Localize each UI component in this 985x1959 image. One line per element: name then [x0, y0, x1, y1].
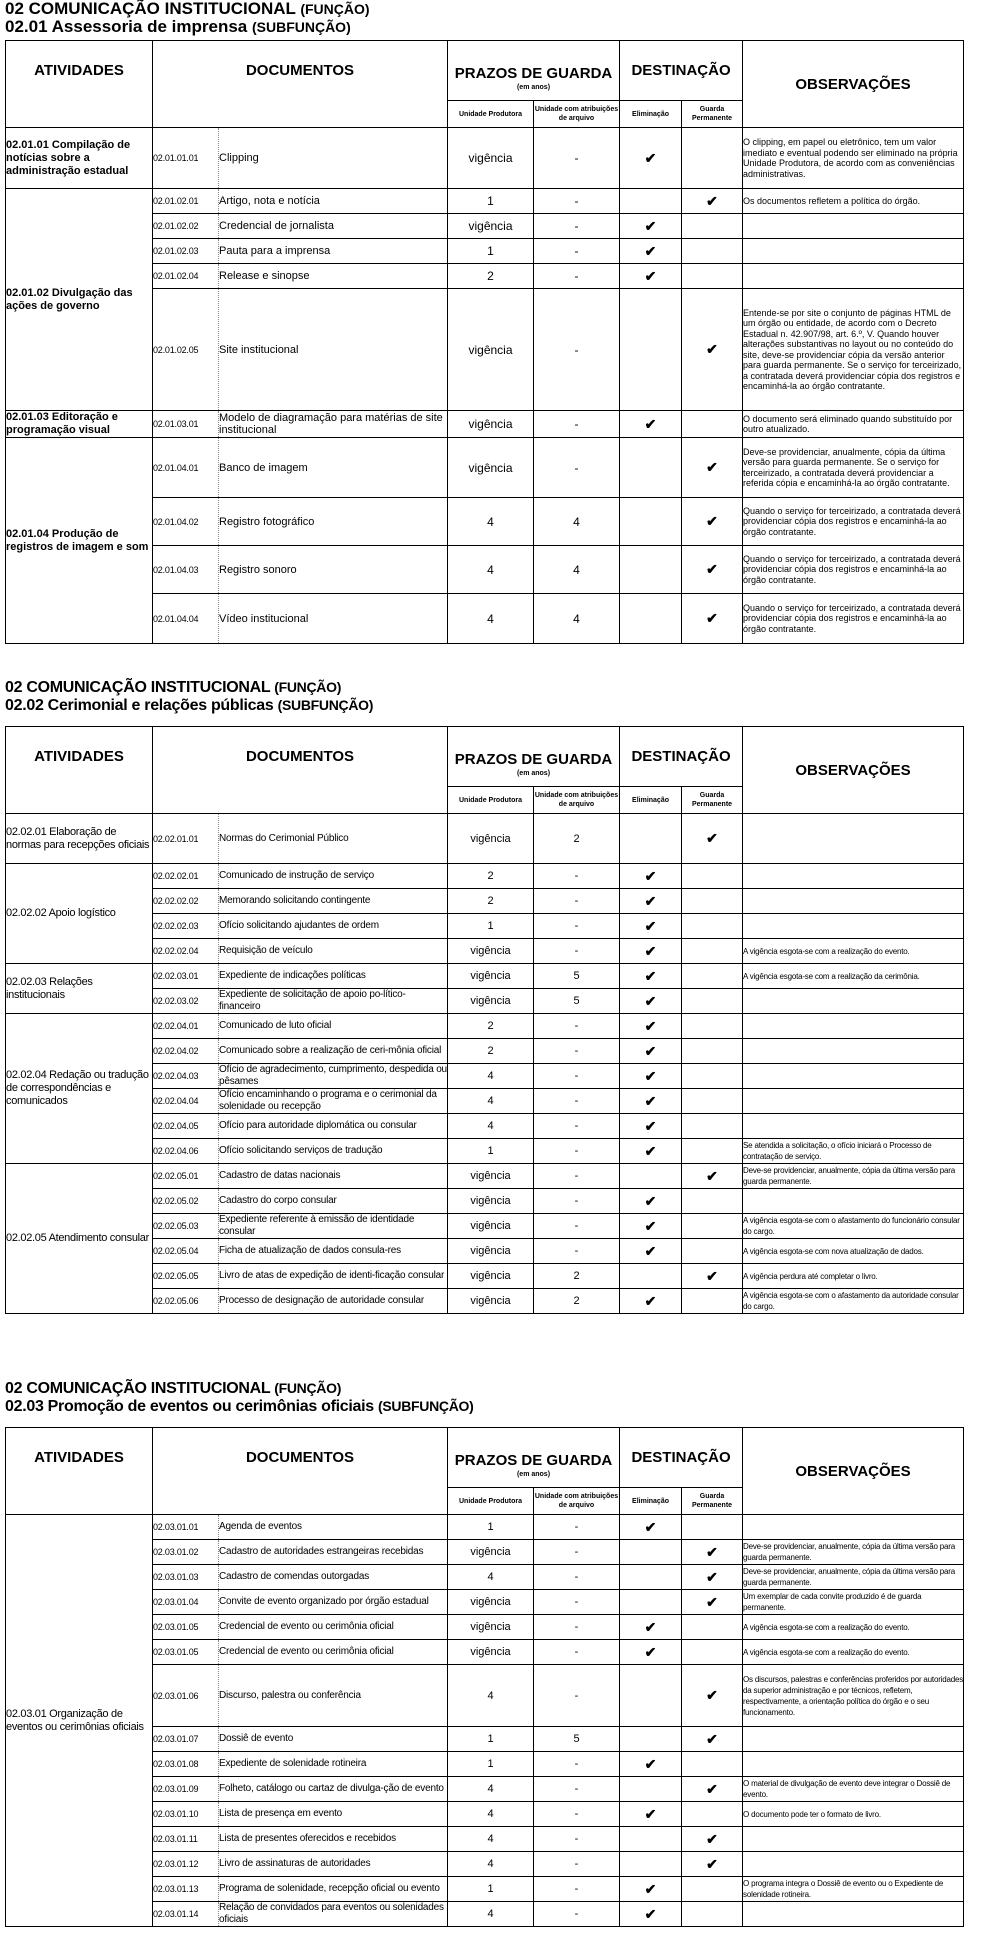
observacao-cell: A vigência perdura até completar o livro…	[743, 1264, 964, 1289]
eliminacao-cell: ✔	[620, 128, 682, 189]
prazo-unidade-produtora: 4	[448, 1777, 534, 1802]
header-destinacao: DESTINAÇÃO	[620, 1428, 743, 1488]
guarda-permanente-cell: ✔	[682, 546, 743, 594]
header-documentos: DOCUMENTOS	[153, 1428, 448, 1488]
observacao-cell: Deve-se providenciar, anualmente, cópia …	[743, 438, 964, 498]
observacao-cell: A vigência esgota-se com nova atualizaçã…	[743, 1239, 964, 1264]
prazo-unidade-produtora: 4	[448, 546, 534, 594]
eliminacao-cell: ✔	[620, 1114, 682, 1139]
prazo-unidade-produtora: 2	[448, 1014, 534, 1039]
check-icon: ✔	[645, 1906, 657, 1923]
guarda-permanente-cell	[682, 1089, 743, 1114]
subfuncao-title: 02.02 Cerimonial e relações públicas (SU…	[5, 696, 963, 714]
document-code: 02.01.02.01	[153, 189, 219, 214]
document-name: Expediente de solicitação de apoio po-lí…	[219, 989, 448, 1014]
document-name: Expediente referente à emissão de identi…	[219, 1214, 448, 1239]
observacao-cell: Os documentos refletem a política do órg…	[743, 189, 964, 214]
table-row: 02.02.01 Elaboração de normas para recep…	[6, 814, 964, 864]
prazo-unidade-arquivo: -	[534, 1064, 620, 1089]
observacao-cell: Quando o serviço for terceirizado, a con…	[743, 546, 964, 594]
prazo-unidade-produtora: vigência	[448, 1540, 534, 1565]
eliminacao-cell: ✔	[620, 1064, 682, 1089]
document-name: Convite de evento organizado por órgão e…	[219, 1590, 448, 1615]
prazo-unidade-arquivo: -	[534, 1114, 620, 1139]
document-code: 02.03.01.05	[153, 1615, 219, 1640]
prazo-unidade-arquivo: -	[534, 1852, 620, 1877]
eliminacao-cell: ✔	[620, 1214, 682, 1239]
section-02-01: 02 COMUNICAÇÃO INSTITUCIONAL (FUNÇÃO) 02…	[5, 0, 963, 644]
prazo-unidade-produtora: vigência	[448, 1189, 534, 1214]
check-icon: ✔	[645, 918, 657, 935]
prazo-unidade-arquivo: -	[534, 1902, 620, 1927]
document-code: 02.01.04.03	[153, 546, 219, 594]
prazo-unidade-arquivo: 2	[534, 814, 620, 864]
eliminacao-cell	[620, 1827, 682, 1852]
document-code: 02.02.01.01	[153, 814, 219, 864]
prazo-unidade-arquivo: 2	[534, 1264, 620, 1289]
document-code: 02.02.02.01	[153, 864, 219, 889]
prazo-unidade-arquivo: 5	[534, 1727, 620, 1752]
header-prazos: PRAZOS DE GUARDA(em anos)	[448, 1428, 620, 1488]
activity-cell: 02.01.03 Editoração e programação visual	[6, 411, 153, 438]
document-code: 02.02.05.05	[153, 1264, 219, 1289]
eliminacao-cell	[620, 1164, 682, 1189]
document-name: Memorando solicitando contingente	[219, 889, 448, 914]
prazo-unidade-produtora: vigência	[448, 814, 534, 864]
document-code: 02.03.01.05	[153, 1640, 219, 1665]
document-code: 02.02.02.02	[153, 889, 219, 914]
header-guarda-permanente: Guarda Permanente	[682, 1488, 743, 1515]
prazo-unidade-arquivo: -	[534, 939, 620, 964]
eliminacao-cell	[620, 1565, 682, 1590]
table-row: 02.01.03 Editoração e programação visual…	[6, 411, 964, 438]
prazo-unidade-arquivo: -	[534, 1802, 620, 1827]
document-name: Pauta para a imprensa	[219, 239, 448, 264]
observacao-cell: Deve-se providenciar, anualmente, cópia …	[743, 1540, 964, 1565]
document-code: 02.03.01.09	[153, 1777, 219, 1802]
document-name: Normas do Cerimonial Público	[219, 814, 448, 864]
document-code: 02.01.02.03	[153, 239, 219, 264]
eliminacao-cell: ✔	[620, 1515, 682, 1540]
check-icon: ✔	[645, 1644, 657, 1661]
guarda-permanente-cell	[682, 939, 743, 964]
observacao-cell: A vigência esgota-se com a realização do…	[743, 1615, 964, 1640]
check-icon: ✔	[706, 193, 718, 210]
prazo-unidade-arquivo: -	[534, 411, 620, 438]
check-icon: ✔	[645, 1143, 657, 1160]
eliminacao-cell	[620, 1540, 682, 1565]
header-prazos: PRAZOS DE GUARDA(em anos)	[448, 727, 620, 787]
guarda-permanente-cell	[682, 864, 743, 889]
prazo-unidade-arquivo: -	[534, 438, 620, 498]
document-code: 02.01.04.04	[153, 594, 219, 644]
guarda-permanente-cell: ✔	[682, 814, 743, 864]
header-unidade-arquivo: Unidade com atribuições de arquivo	[534, 1488, 620, 1515]
document-name: Cadastro de comendas outorgadas	[219, 1565, 448, 1590]
document-code: 02.03.01.07	[153, 1727, 219, 1752]
document-name: Registro fotográfico	[219, 498, 448, 546]
header-documentos: DOCUMENTOS	[153, 41, 448, 101]
document-code: 02.01.04.01	[153, 438, 219, 498]
prazo-unidade-produtora: vigência	[448, 128, 534, 189]
document-name: Artigo, nota e notícia	[219, 189, 448, 214]
header-atividades-blank	[6, 1488, 153, 1515]
guarda-permanente-cell	[682, 1877, 743, 1902]
eliminacao-cell: ✔	[620, 1752, 682, 1777]
guarda-permanente-cell: ✔	[682, 1540, 743, 1565]
observacao-cell: Se atendida a solicitação, o ofício inic…	[743, 1139, 964, 1164]
header-prazos: PRAZOS DE GUARDA(em anos)	[448, 41, 620, 101]
guarda-permanente-cell: ✔	[682, 594, 743, 644]
check-icon: ✔	[706, 1168, 718, 1185]
document-code: 02.01.02.04	[153, 264, 219, 289]
prazo-unidade-produtora: vigência	[448, 1264, 534, 1289]
activity-cell: 02.01.02 Divulgação das ações de governo	[6, 189, 153, 411]
prazo-unidade-arquivo: -	[534, 1590, 620, 1615]
document-code: 02.02.04.03	[153, 1064, 219, 1089]
eliminacao-cell: ✔	[620, 239, 682, 264]
check-icon: ✔	[706, 830, 718, 847]
check-icon: ✔	[706, 1569, 718, 1586]
guarda-permanente-cell	[682, 411, 743, 438]
prazo-unidade-produtora: 2	[448, 864, 534, 889]
prazo-unidade-produtora: 1	[448, 1515, 534, 1540]
observacao-cell: A vigência esgota-se com o afastamento d…	[743, 1289, 964, 1314]
guarda-permanente-cell	[682, 214, 743, 239]
observacao-cell: O documento será eliminado quando substi…	[743, 411, 964, 438]
document-name: Credencial de evento ou cerimônia oficia…	[219, 1640, 448, 1665]
check-icon: ✔	[706, 1856, 718, 1873]
header-documentos: DOCUMENTOS	[153, 727, 448, 787]
document-code: 02.02.02.03	[153, 914, 219, 939]
document-code: 02.02.04.05	[153, 1114, 219, 1139]
table-row: 02.02.02 Apoio logístico02.02.02.01Comun…	[6, 864, 964, 889]
guarda-permanente-cell	[682, 264, 743, 289]
header-atividades-blank	[6, 101, 153, 128]
activity-cell: 02.01.01 Compilação de notícias sobre a …	[6, 128, 153, 189]
prazo-unidade-arquivo: -	[534, 1827, 620, 1852]
document-name: Clipping	[219, 128, 448, 189]
prazo-unidade-produtora: 4	[448, 1089, 534, 1114]
observacao-cell	[743, 1089, 964, 1114]
observacao-cell: O clipping, em papel ou eletrônico, tem …	[743, 128, 964, 189]
prazo-unidade-produtora: vigência	[448, 1214, 534, 1239]
observacao-cell	[743, 989, 964, 1014]
prazo-unidade-produtora: 4	[448, 1802, 534, 1827]
prazo-unidade-arquivo: -	[534, 1640, 620, 1665]
document-name: Ofício encaminhando o programa e o cerim…	[219, 1089, 448, 1114]
temporality-table: ATIVIDADES DOCUMENTOS PRAZOS DE GUARDA(e…	[5, 726, 964, 1314]
check-icon: ✔	[645, 1881, 657, 1898]
guarda-permanente-cell	[682, 1014, 743, 1039]
document-name: Ofício solicitando serviços de tradução	[219, 1139, 448, 1164]
activity-cell: 02.02.04 Redação ou tradução de correspo…	[6, 1014, 153, 1164]
check-icon: ✔	[645, 1519, 657, 1536]
document-code: 02.03.01.12	[153, 1852, 219, 1877]
guarda-permanente-cell	[682, 128, 743, 189]
guarda-permanente-cell: ✔	[682, 1565, 743, 1590]
header-unidade-produtora: Unidade Produtora	[448, 1488, 534, 1515]
observacao-cell: Quando o serviço for terceirizado, a con…	[743, 498, 964, 546]
observacao-cell	[743, 1515, 964, 1540]
eliminacao-cell	[620, 438, 682, 498]
document-code: 02.02.04.02	[153, 1039, 219, 1064]
activity-cell: 02.02.05 Atendimento consular	[6, 1164, 153, 1314]
prazo-unidade-arquivo: -	[534, 1164, 620, 1189]
observacao-cell: Quando o serviço for terceirizado, a con…	[743, 594, 964, 644]
check-icon: ✔	[706, 341, 718, 358]
guarda-permanente-cell: ✔	[682, 189, 743, 214]
guarda-permanente-cell: ✔	[682, 1590, 743, 1615]
prazo-unidade-produtora: 4	[448, 1565, 534, 1590]
prazo-unidade-arquivo: -	[534, 1665, 620, 1727]
prazo-unidade-produtora: 2	[448, 1039, 534, 1064]
prazo-unidade-arquivo: -	[534, 1877, 620, 1902]
check-icon: ✔	[645, 1806, 657, 1823]
header-atividades: ATIVIDADES	[6, 1428, 153, 1488]
document-code: 02.03.01.04	[153, 1590, 219, 1615]
document-code: 02.01.03.01	[153, 411, 219, 438]
document-name: Dossiê de evento	[219, 1727, 448, 1752]
prazo-unidade-produtora: 4	[448, 1114, 534, 1139]
prazo-unidade-produtora: vigência	[448, 1239, 534, 1264]
header-observacoes: OBSERVAÇÕES	[743, 727, 964, 814]
document-name: Vídeo institucional	[219, 594, 448, 644]
observacao-cell	[743, 814, 964, 864]
document-name: Registro sonoro	[219, 546, 448, 594]
prazo-unidade-arquivo: -	[534, 1089, 620, 1114]
prazo-unidade-produtora: 1	[448, 1752, 534, 1777]
prazo-unidade-arquivo: -	[534, 1139, 620, 1164]
prazo-unidade-arquivo: -	[534, 1777, 620, 1802]
document-name: Lista de presença em evento	[219, 1802, 448, 1827]
table-row: 02.02.04 Redação ou tradução de correspo…	[6, 1014, 964, 1039]
prazo-unidade-arquivo: -	[534, 864, 620, 889]
document-code: 02.03.01.08	[153, 1752, 219, 1777]
prazo-unidade-arquivo: 5	[534, 964, 620, 989]
header-unidade-produtora: Unidade Produtora	[448, 101, 534, 128]
check-icon: ✔	[645, 1118, 657, 1135]
guarda-permanente-cell	[682, 914, 743, 939]
check-icon: ✔	[706, 610, 718, 627]
prazo-unidade-produtora: 2	[448, 264, 534, 289]
observacao-cell	[743, 1827, 964, 1852]
prazo-unidade-arquivo: 5	[534, 989, 620, 1014]
prazo-unidade-produtora: 1	[448, 1727, 534, 1752]
observacao-cell	[743, 1902, 964, 1927]
prazo-unidade-produtora: vigência	[448, 289, 534, 411]
document-name: Processo de designação de autoridade con…	[219, 1289, 448, 1314]
eliminacao-cell: ✔	[620, 1877, 682, 1902]
check-icon: ✔	[706, 513, 718, 530]
header-destinacao: DESTINAÇÃO	[620, 41, 743, 101]
guarda-permanente-cell	[682, 1114, 743, 1139]
document-code: 02.02.04.04	[153, 1089, 219, 1114]
prazo-unidade-produtora: 4	[448, 594, 534, 644]
prazo-unidade-arquivo: -	[534, 1214, 620, 1239]
eliminacao-cell	[620, 594, 682, 644]
check-icon: ✔	[706, 459, 718, 476]
document-code: 02.02.04.01	[153, 1014, 219, 1039]
document-name: Cadastro de datas nacionais	[219, 1164, 448, 1189]
eliminacao-cell	[620, 1264, 682, 1289]
eliminacao-cell: ✔	[620, 411, 682, 438]
document-name: Lista de presentes oferecidos e recebido…	[219, 1827, 448, 1852]
temporality-table: ATIVIDADES DOCUMENTOS PRAZOS DE GUARDA(e…	[5, 40, 964, 644]
eliminacao-cell	[620, 289, 682, 411]
observacao-cell	[743, 1014, 964, 1039]
check-icon: ✔	[706, 1544, 718, 1561]
check-icon: ✔	[645, 1619, 657, 1636]
header-documentos-blank	[153, 101, 448, 128]
prazo-unidade-arquivo: -	[534, 1540, 620, 1565]
guarda-permanente-cell	[682, 1902, 743, 1927]
header-atividades-blank	[6, 787, 153, 814]
eliminacao-cell	[620, 1777, 682, 1802]
eliminacao-cell: ✔	[620, 264, 682, 289]
eliminacao-cell	[620, 814, 682, 864]
document-name: Credencial de evento ou cerimônia oficia…	[219, 1615, 448, 1640]
guarda-permanente-cell: ✔	[682, 1264, 743, 1289]
document-code: 02.02.05.02	[153, 1189, 219, 1214]
observacao-cell: Deve-se providenciar, anualmente, cópia …	[743, 1164, 964, 1189]
header-unidade-arquivo: Unidade com atribuições de arquivo	[534, 101, 620, 128]
subfuncao-title: 02.03 Promoção de eventos ou cerimônias …	[5, 1397, 963, 1415]
prazo-unidade-produtora: vigência	[448, 1640, 534, 1665]
observacao-cell: A vigência esgota-se com a realização da…	[743, 964, 964, 989]
document-name: Programa de solenidade, recepção oficial…	[219, 1877, 448, 1902]
prazo-unidade-produtora: 1	[448, 1139, 534, 1164]
guarda-permanente-cell	[682, 1289, 743, 1314]
check-icon: ✔	[706, 561, 718, 578]
section-02-02: 02 COMUNICAÇÃO INSTITUCIONAL (FUNÇÃO) 02…	[5, 678, 963, 1314]
document-code: 02.03.01.06	[153, 1665, 219, 1727]
guarda-permanente-cell	[682, 1139, 743, 1164]
document-code: 02.02.05.03	[153, 1214, 219, 1239]
check-icon: ✔	[645, 1756, 657, 1773]
document-name: Livro de atas de expedição de identi-fic…	[219, 1264, 448, 1289]
guarda-permanente-cell: ✔	[682, 1164, 743, 1189]
header-documentos-blank	[153, 787, 448, 814]
document-name: Relação de convidados para eventos ou so…	[219, 1902, 448, 1927]
header-eliminacao: Eliminação	[620, 787, 682, 814]
prazo-unidade-arquivo: -	[534, 1014, 620, 1039]
prazo-unidade-arquivo: -	[534, 1615, 620, 1640]
prazo-unidade-arquivo: -	[534, 128, 620, 189]
observacao-cell: A vigência esgota-se com o afastamento d…	[743, 1214, 964, 1239]
activity-cell: 02.02.02 Apoio logístico	[6, 864, 153, 964]
funcao-title: 02 COMUNICAÇÃO INSTITUCIONAL (FUNÇÃO)	[5, 678, 963, 696]
activity-cell: 02.03.01 Organização de eventos ou cerim…	[6, 1515, 153, 1927]
prazo-unidade-arquivo: -	[534, 214, 620, 239]
document-name: Cadastro de autoridades estrangeiras rec…	[219, 1540, 448, 1565]
prazo-unidade-produtora: vigência	[448, 214, 534, 239]
table-row: 02.01.04 Produção de registros de imagem…	[6, 438, 964, 498]
prazo-unidade-arquivo: -	[534, 914, 620, 939]
eliminacao-cell: ✔	[620, 1640, 682, 1665]
document-name: Expediente de solenidade rotineira	[219, 1752, 448, 1777]
observacao-cell: Deve-se providenciar, anualmente, cópia …	[743, 1565, 964, 1590]
check-icon: ✔	[645, 243, 657, 260]
document-name: Release e sinopse	[219, 264, 448, 289]
guarda-permanente-cell	[682, 1189, 743, 1214]
observacao-cell	[743, 1852, 964, 1877]
document-code: 02.02.05.04	[153, 1239, 219, 1264]
document-name: Ofício de agradecimento, cumprimento, de…	[219, 1064, 448, 1089]
document-code: 02.03.01.10	[153, 1802, 219, 1827]
check-icon: ✔	[706, 1731, 718, 1748]
prazo-unidade-produtora: vigência	[448, 1164, 534, 1189]
prazo-unidade-produtora: 1	[448, 239, 534, 264]
check-icon: ✔	[645, 218, 657, 235]
document-name: Folheto, catálogo ou cartaz de divulga-ç…	[219, 1777, 448, 1802]
document-code: 02.03.01.13	[153, 1877, 219, 1902]
prazo-unidade-produtora: 4	[448, 1902, 534, 1927]
document-code: 02.03.01.14	[153, 1902, 219, 1927]
prazo-unidade-produtora: 4	[448, 498, 534, 546]
check-icon: ✔	[645, 150, 657, 167]
check-icon: ✔	[645, 1068, 657, 1085]
document-code: 02.01.01.01	[153, 128, 219, 189]
prazo-unidade-produtora: 4	[448, 1064, 534, 1089]
document-name: Livro de assinaturas de autoridades	[219, 1852, 448, 1877]
prazo-unidade-produtora: 4	[448, 1665, 534, 1727]
prazo-unidade-arquivo: -	[534, 1189, 620, 1214]
eliminacao-cell: ✔	[620, 1189, 682, 1214]
guarda-permanente-cell: ✔	[682, 498, 743, 546]
document-name: Ofício solicitando ajudantes de ordem	[219, 914, 448, 939]
prazo-unidade-produtora: 4	[448, 1852, 534, 1877]
guarda-permanente-cell	[682, 964, 743, 989]
check-icon: ✔	[645, 1193, 657, 1210]
check-icon: ✔	[645, 893, 657, 910]
check-icon: ✔	[645, 1218, 657, 1235]
document-name: Ficha de atualização de dados consula-re…	[219, 1239, 448, 1264]
observacao-cell: A vigência esgota-se com a realização do…	[743, 1640, 964, 1665]
check-icon: ✔	[645, 868, 657, 885]
observacao-cell: Os discursos, palestras e conferências p…	[743, 1665, 964, 1727]
header-atividades: ATIVIDADES	[6, 727, 153, 787]
observacao-cell	[743, 264, 964, 289]
document-code: 02.02.03.01	[153, 964, 219, 989]
guarda-permanente-cell	[682, 989, 743, 1014]
funcao-title: 02 COMUNICAÇÃO INSTITUCIONAL (FUNÇÃO)	[5, 0, 963, 18]
prazo-unidade-arquivo: 2	[534, 1289, 620, 1314]
guarda-permanente-cell: ✔	[682, 289, 743, 411]
document-name: Comunicado de instrução de serviço	[219, 864, 448, 889]
eliminacao-cell: ✔	[620, 989, 682, 1014]
prazo-unidade-produtora: 1	[448, 189, 534, 214]
eliminacao-cell: ✔	[620, 1089, 682, 1114]
guarda-permanente-cell	[682, 1214, 743, 1239]
eliminacao-cell: ✔	[620, 964, 682, 989]
section-02-03: 02 COMUNICAÇÃO INSTITUCIONAL (FUNÇÃO) 02…	[5, 1379, 963, 1927]
document-name: Ofício para autoridade diplomática ou co…	[219, 1114, 448, 1139]
table-row: 02.01.02 Divulgação das ações de governo…	[6, 189, 964, 214]
document-name: Credencial de jornalista	[219, 214, 448, 239]
guarda-permanente-cell: ✔	[682, 438, 743, 498]
document-name: Comunicado de luto oficial	[219, 1014, 448, 1039]
observacao-cell: O material de divulgação de evento deve …	[743, 1777, 964, 1802]
document-code: 02.02.04.06	[153, 1139, 219, 1164]
guarda-permanente-cell	[682, 1064, 743, 1089]
header-eliminacao: Eliminação	[620, 1488, 682, 1515]
funcao-title: 02 COMUNICAÇÃO INSTITUCIONAL (FUNÇÃO)	[5, 1379, 963, 1397]
eliminacao-cell: ✔	[620, 1014, 682, 1039]
document-name: Banco de imagem	[219, 438, 448, 498]
activity-cell: 02.02.01 Elaboração de normas para recep…	[6, 814, 153, 864]
observacao-cell	[743, 1189, 964, 1214]
